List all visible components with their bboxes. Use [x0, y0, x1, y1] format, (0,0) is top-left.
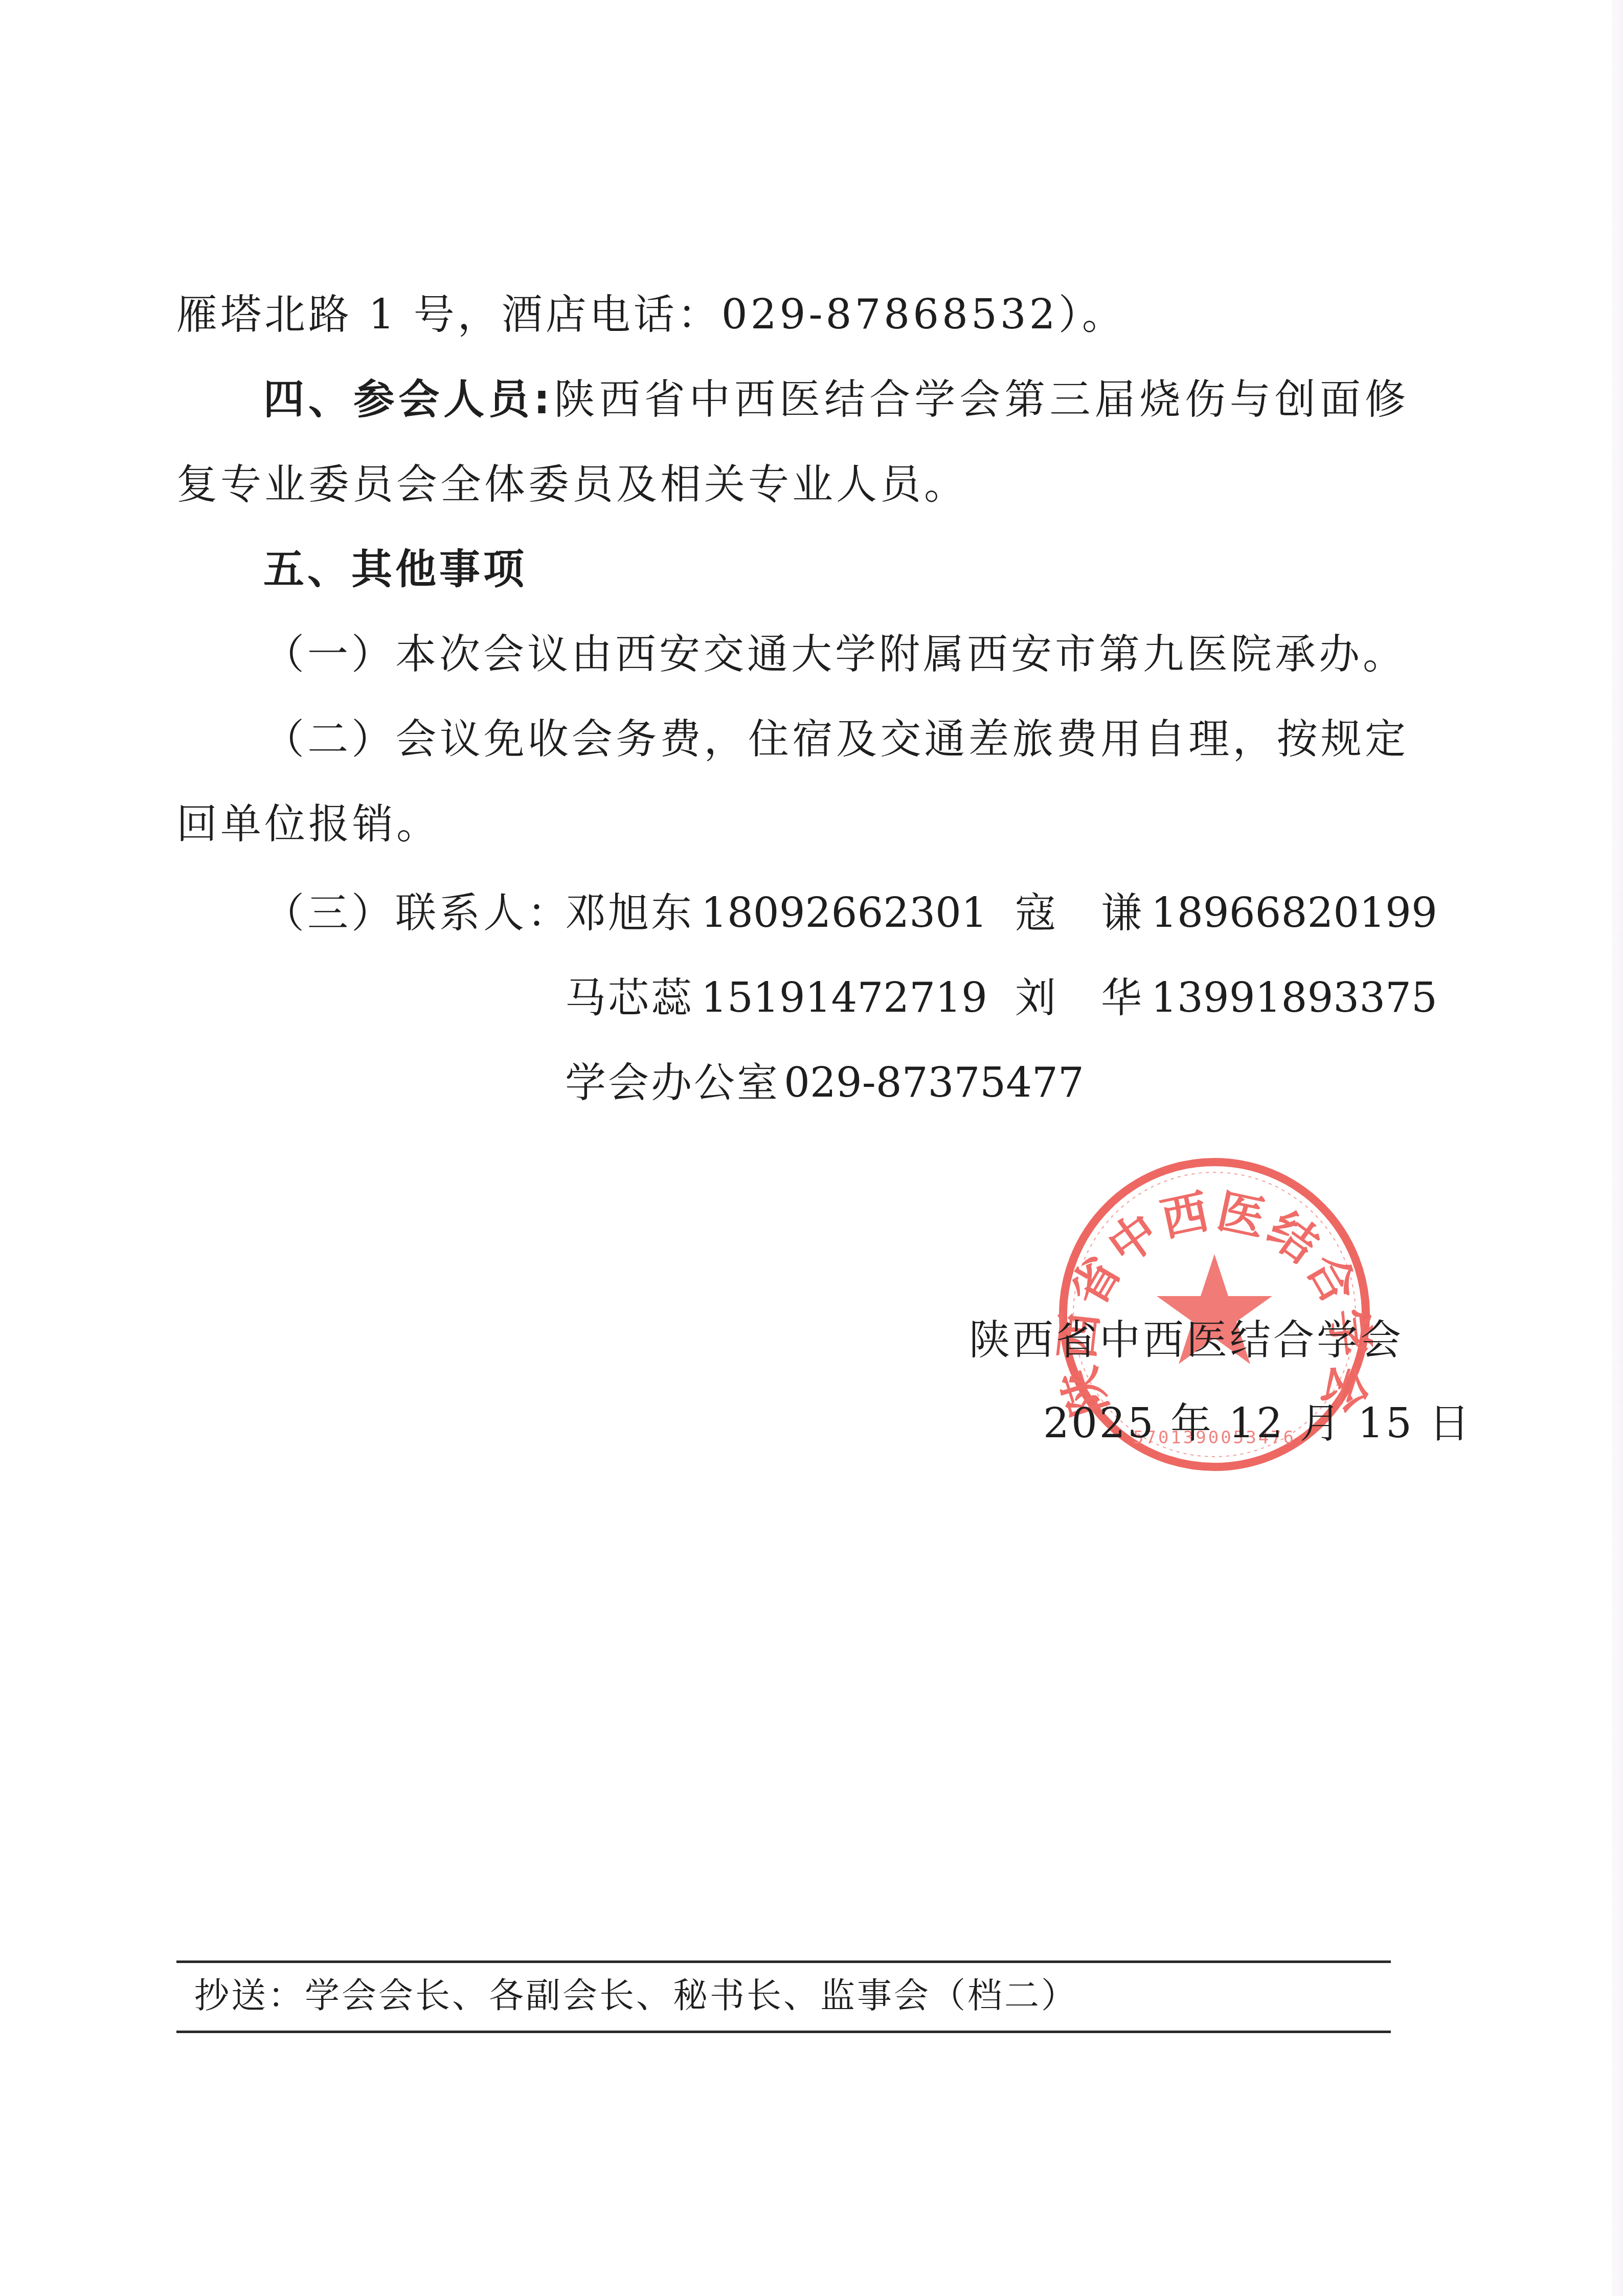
- contact-phone: 18966820199: [1151, 889, 1437, 937]
- attendees-paragraph-line1: 四、参会人员:陕西省中西医结合学会第三届烧伤与创面修: [263, 374, 1409, 425]
- other-matters-item2-line2: 回单位报销。: [176, 798, 440, 850]
- signature-organization: 陕西省中西医结合学会: [969, 1314, 1404, 1366]
- svg-text:陕西省中西医结合学会: 陕西省中西医结合学会: [1056, 1184, 1373, 1422]
- contact-item: 刘 华13991893375: [1015, 972, 1437, 1023]
- venue-address-continuation: 雁塔北路 1 号，酒店电话：029-87868532）。: [176, 289, 1126, 340]
- contact-item: 邓旭东18092662301: [565, 887, 987, 939]
- contacts-label: （三）联系人：: [263, 887, 571, 939]
- contact-name: 邓旭东: [565, 889, 694, 937]
- contact-name: 学会办公室: [565, 1059, 780, 1106]
- signature-date: 2025 年 12 月 15 日: [1043, 1398, 1472, 1449]
- contact-phone: 18092662301: [701, 889, 987, 937]
- contact-item: 寇 谦18966820199: [1015, 887, 1437, 939]
- attendees-text-line1: 陕西省中西医结合学会第三届烧伤与创面修: [553, 375, 1409, 423]
- contact-name: 马芯蕊: [565, 974, 694, 1021]
- document-page: 雁塔北路 1 号，酒店电话：029-87868532）。 四、参会人员:陕西省中…: [0, 0, 1623, 2296]
- contact-item: 学会办公室029-87375477: [565, 1057, 1084, 1108]
- footer-divider-top: [176, 1960, 1391, 1963]
- contact-name: 刘 华: [1015, 974, 1144, 1021]
- contact-name: 寇 谦: [1015, 889, 1144, 937]
- seal-ring-text: 陕西省中西医结合学会: [1056, 1184, 1373, 1422]
- cc-distribution-line: 抄送：学会会长、各副会长、秘书长、监事会（档二）: [194, 1973, 1078, 2019]
- contact-phone: 13991893375: [1151, 974, 1437, 1021]
- other-matters-item1: （一）本次会议由西安交通大学附属西安市第九医院承办。: [263, 629, 1407, 680]
- contact-phone: 15191472719: [701, 974, 987, 1021]
- contact-item: 马芯蕊15191472719: [565, 972, 987, 1023]
- attendees-heading: 四、参会人员:: [263, 375, 553, 423]
- other-matters-item2-line1: （二）会议免收会务费，住宿及交通差旅费用自理，按规定: [263, 714, 1409, 765]
- other-matters-heading: 五、其他事项: [263, 544, 527, 595]
- attendees-text-line2: 复专业委员会全体委员及相关专业人员。: [176, 459, 968, 510]
- footer-divider-bottom: [176, 2031, 1391, 2033]
- contact-phone: 029-87375477: [784, 1059, 1084, 1106]
